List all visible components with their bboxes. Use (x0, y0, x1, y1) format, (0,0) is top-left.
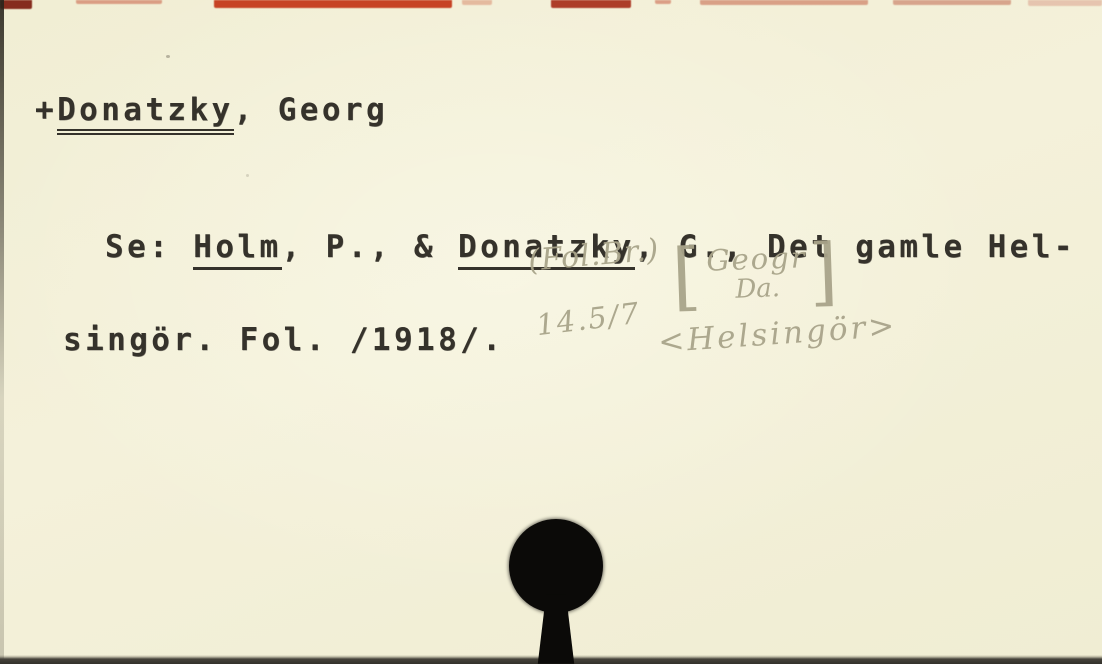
red-edge-mark (76, 0, 162, 4)
heading-forename: , Georg (234, 92, 388, 128)
heading-surname: Donatzky (57, 92, 234, 135)
pencil-subject-subterm: Da. (735, 272, 808, 305)
red-edge-mark (0, 0, 32, 9)
reference-mid-text: , P., & (282, 229, 459, 265)
pencil-subject-bracket: [ Geogr Da. ] (671, 233, 840, 315)
red-edge-mark (214, 0, 452, 8)
red-edge-mark (893, 0, 1011, 5)
red-edge-mark (655, 0, 671, 4)
heading-plus-sign: + (35, 92, 57, 128)
paper-speck (166, 55, 170, 58)
red-edge-mark (462, 0, 492, 5)
cross-reference: Se: Holm, P., & Donatzky, G., Det gamle … (63, 170, 1076, 418)
referenced-author-1: Holm (193, 229, 281, 270)
close-bracket: ] (808, 233, 840, 310)
open-bracket: [ (671, 238, 703, 315)
red-edge-mark (551, 0, 631, 8)
card-heading: +Donatzky, Georg (35, 95, 388, 126)
red-edge-mark (700, 0, 868, 5)
card-left-edge (0, 0, 4, 664)
catalog-card: +Donatzky, Georg Se: Holm, P., & Donatzk… (0, 0, 1102, 664)
red-edge-mark (1028, 0, 1102, 6)
see-prefix: Se: (105, 229, 193, 265)
